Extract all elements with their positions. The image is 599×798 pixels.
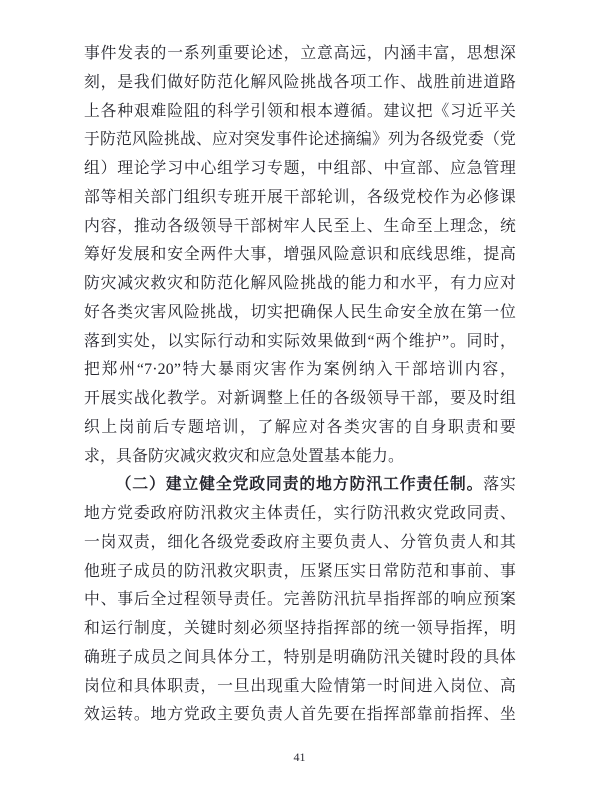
text-line: 岗位和具体职责，一旦出现重大险情第一时间进入岗位、高 [84,673,516,702]
text-line: 好各类灾害风险挑战，切实把确保人民生命安全放在第一位 [84,299,516,328]
text-line: 防灾减灾救灾和防范化解风险挑战的能力和水平，有力应对 [84,270,516,299]
text-line: 和运行制度，关键时刻必须坚持指挥部的统一领导指挥，明 [84,615,516,644]
text-line: 内容，推动各级领导干部树牢人民至上、生命至上理念，统 [84,213,516,242]
section-heading-rest: 落实 [483,476,516,493]
page-number: 41 [0,749,599,765]
text-line: 一岗双责，细化各级党委政府主要负责人、分管负责人和其 [84,529,516,558]
text-block: 事件发表的一系列重要论述，立意高远，内涵丰富，思想深 刻，是我们做好防范化解风险… [84,40,516,730]
text-line: 确班子成员之间具体分工，特别是明确防汛关键时段的具体 [84,644,516,673]
text-line: 他班子成员的防汛救灾职责，压紧压实日常防范和事前、事 [84,558,516,587]
text-line: 上各种艰难险阻的科学引领和根本遵循。建议把《习近平关 [84,98,516,127]
text-line: 部等相关部门组织专班开展干部轮训，各级党校作为必修课 [84,184,516,213]
paragraph-end-line: 求，具备防灾减灾救灾和应急处置基本能力。 [84,443,516,472]
text-line: 织上岗前后专题培训，了解应对各类灾害的自身职责和要 [84,414,516,443]
text-line: 效运转。地方党政主要负责人首先要在指挥部靠前指挥、坐 [84,701,516,730]
text-line: 中、事后全过程领导责任。完善防汛抗旱指挥部的响应预案 [84,586,516,615]
text-line: 地方党委政府防汛救灾主体责任，实行防汛救灾党政同责、 [84,500,516,529]
section-heading-line: （二）建立健全党政同责的地方防汛工作责任制。落实 [84,471,516,500]
document-page: 事件发表的一系列重要论述，立意高远，内涵丰富，思想深 刻，是我们做好防范化解风险… [0,0,599,798]
text-line: 把郑州“7·20”特大暴雨灾害作为案例纳入干部培训内容， [84,356,516,385]
text-line: 开展实战化教学。对新调整上任的各级领导干部，要及时组 [84,385,516,414]
text-line: 刻，是我们做好防范化解风险挑战各项工作、战胜前进道路 [84,69,516,98]
text-line: 组）理论学习中心组学习专题，中组部、中宣部、应急管理 [84,155,516,184]
text-line: 事件发表的一系列重要论述，立意高远，内涵丰富，思想深 [84,40,516,69]
text-line: 于防范风险挑战、应对突发事件论述摘编》列为各级党委（党 [84,126,516,155]
section-heading: （二）建立健全党政同责的地方防汛工作责任制。 [116,476,484,493]
text-line: 筹好发展和安全两件大事，增强风险意识和底线思维，提高 [84,241,516,270]
text-line: 落到实处，以实际行动和实际效果做到“两个维护”。同时， [84,328,516,357]
